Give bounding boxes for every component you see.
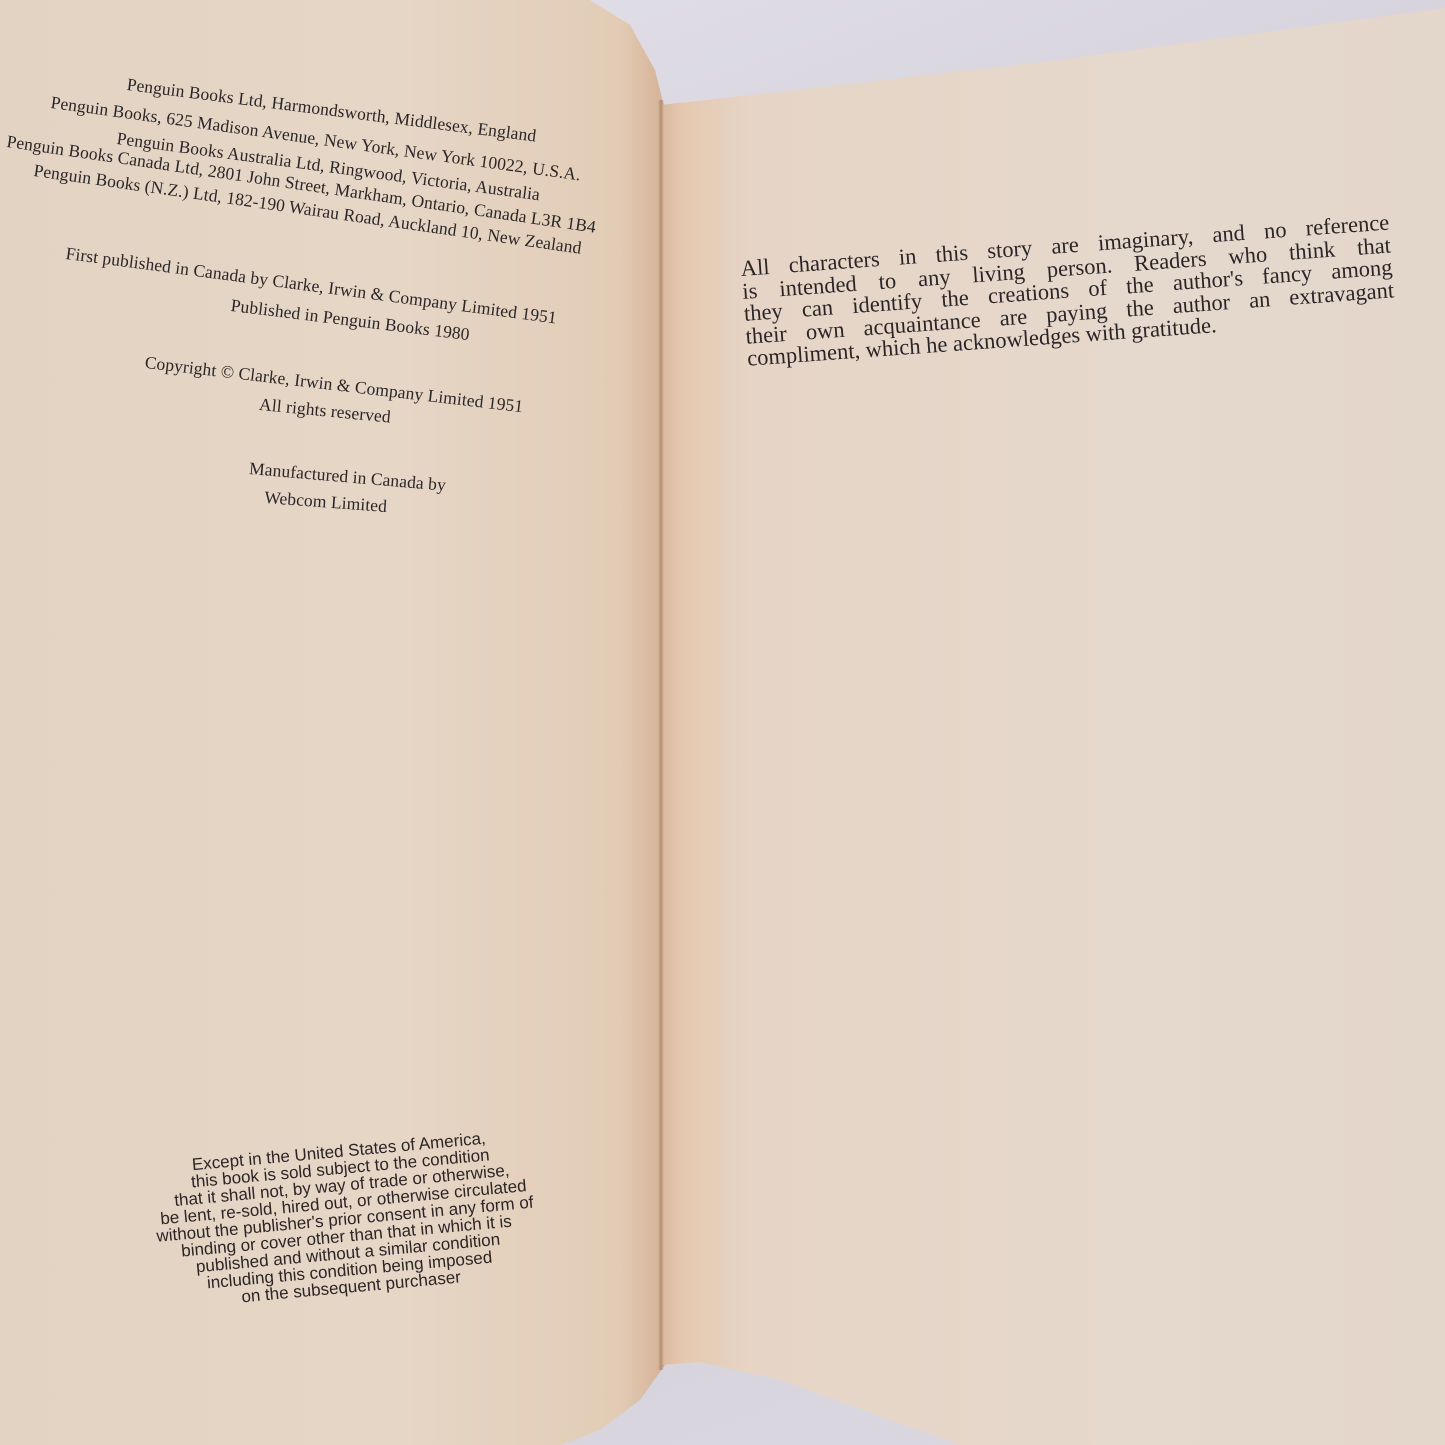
manufacturer-info: Manufactured in Canada by Webcom Limited [0, 0, 665, 600]
manufacturer-line: Webcom Limited [264, 489, 388, 515]
